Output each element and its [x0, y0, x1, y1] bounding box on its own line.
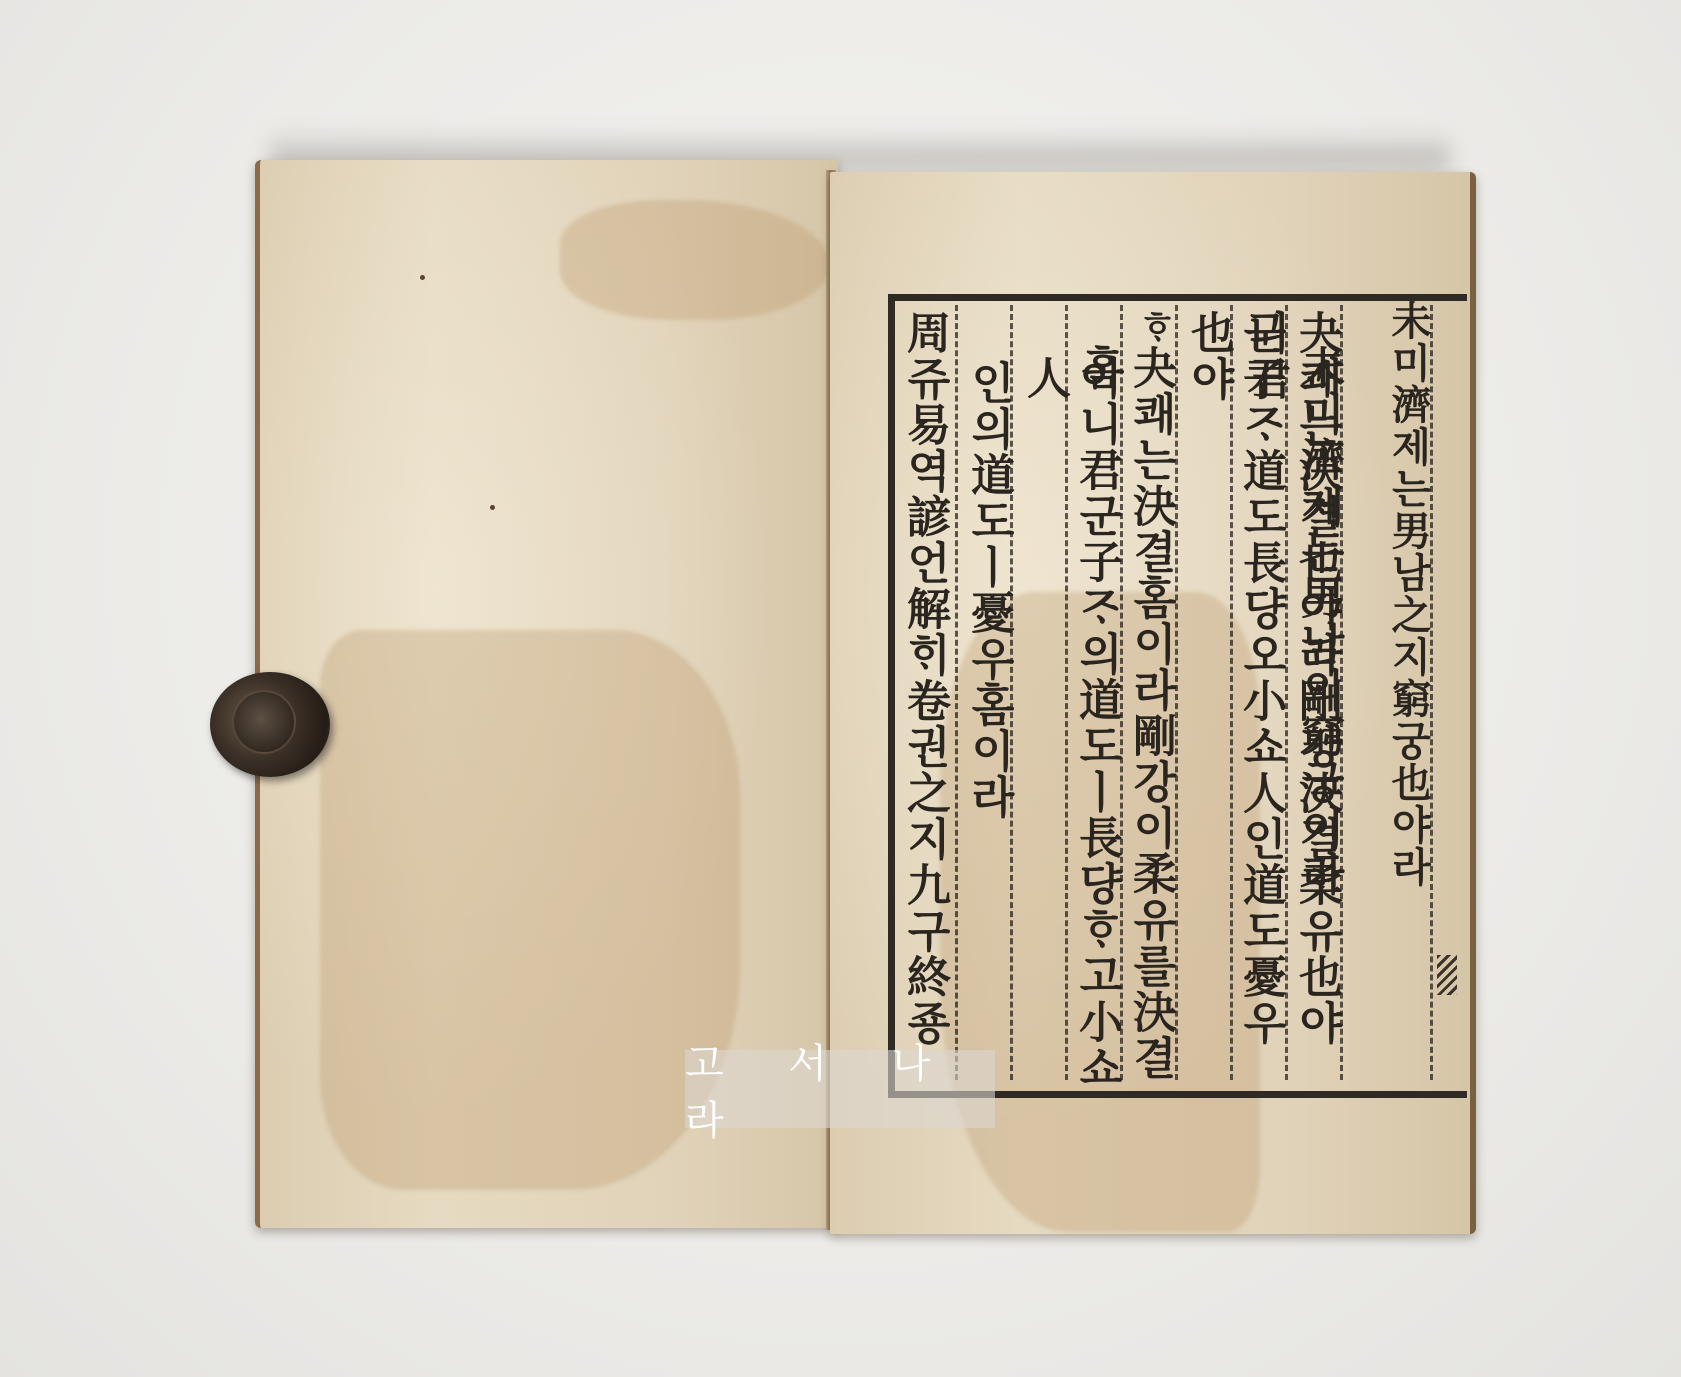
text-column-7: 이니君군子ᄌᆞ의道도ㅣ長댱ᄒᆞ고小쇼人 [1018, 355, 1122, 1115]
knob-cap [232, 690, 296, 754]
ink-spot [420, 275, 425, 280]
fold-mark-icon [1437, 955, 1457, 995]
water-stain [320, 630, 740, 1190]
text-column-4: 군子ᄌᆞ道도長댱오小쇼人인道도憂우也야 [1182, 310, 1286, 1070]
ink-spot [490, 505, 495, 510]
column-rule [955, 305, 958, 1080]
watermark-text: 고 서 나 라 [685, 1032, 995, 1146]
text-column-1: 未미濟제는男남之지窮궁也야라 [1382, 300, 1434, 1060]
water-stain [560, 200, 830, 320]
text-column-title: 周쥬易역諺언解ᄒᆡ卷권之지九구終죵 [898, 310, 950, 1070]
watermark: 고 서 나 라 [685, 1050, 995, 1128]
text-column-8: 인의道도ㅣ憂우홈이라 [962, 360, 1014, 1120]
